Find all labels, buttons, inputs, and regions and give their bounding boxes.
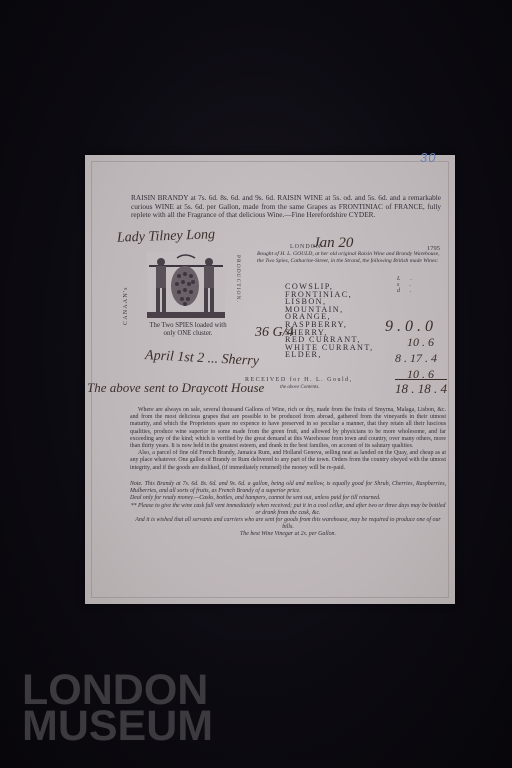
london-museum-logo: LONDON MUSEUM — [22, 672, 213, 744]
note-paragraph: The best Wine Vinegar at 2s. per Gallon. — [130, 531, 446, 538]
handwritten-date: Jan 20 — [313, 235, 353, 252]
body-paragraphs: Where are always on sale, several thousa… — [130, 407, 446, 472]
handwritten-amount: 8 . 17 . 4 — [395, 351, 437, 366]
inventory-number: 30 — [420, 150, 436, 165]
wine-list: COWSLIP, FRONTINIAC, LISBON, MOUNTAIN, O… — [285, 283, 374, 359]
bought-of-heading: Bought of H. L. GOULD, at her old origin… — [257, 251, 443, 264]
header-advertisement: RAISIN BRANDY at 7s. 6d. 8s. 6d. and 9s.… — [131, 194, 441, 220]
received-subtext: the above Contents. — [280, 385, 320, 390]
logo-line-2: MUSEUM — [22, 708, 213, 744]
handwritten-delivery-note: The above sent to Draycott House — [87, 380, 264, 396]
handwritten-amount: 9 . 0 . 0 — [385, 318, 433, 336]
handwritten-quantity: 36 G/4 — [255, 325, 294, 341]
body-paragraph: Also, a parcel of fine old French Brandy… — [130, 450, 446, 472]
handwritten-customer-name: Lady Tilney Long — [117, 227, 216, 246]
trade-card-document: RAISIN BRANDY at 7s. 6d. 8s. 6d. and 9s.… — [85, 155, 455, 604]
note-paragraph: Note. This Brandy at 7s. 6d. 8s. 6d. and… — [130, 481, 446, 495]
woodcut-right-label: PRODUCTION. — [235, 255, 241, 303]
note-paragraph: And it is wished that all servants and c… — [130, 517, 446, 531]
wine-item: ELDER, — [285, 351, 374, 359]
notes-section: Note. This Brandy at 7s. 6d. 8s. 6d. and… — [130, 481, 446, 539]
handwritten-total: 18 . 18 . 4 — [395, 379, 447, 397]
note-paragraph: Deal only for ready money.—Casks, bottle… — [130, 495, 446, 502]
handwritten-amount: 10 . 6 — [407, 335, 434, 350]
note-paragraph: ** Please to give the wine cask full ven… — [130, 503, 446, 517]
body-paragraph: Where are always on sale, several thousa… — [130, 407, 446, 450]
currency-headers: L. s. d. — [397, 276, 455, 294]
two-spies-woodcut-icon — [147, 252, 225, 319]
woodcut-left-label: CANAAN's — [123, 286, 129, 325]
woodcut-caption: The Two SPIES loaded with only ONE clust… — [147, 322, 229, 337]
